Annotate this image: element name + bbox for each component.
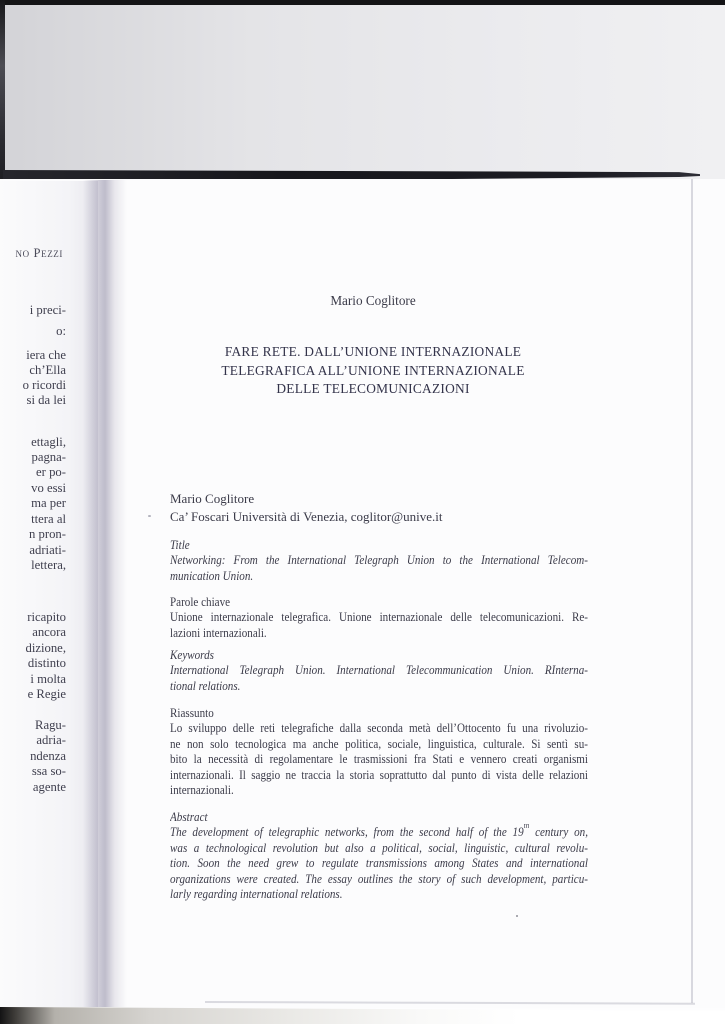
left-page-text-fragment: ch’Ella bbox=[0, 363, 66, 379]
author-name: Mario Coglitore bbox=[170, 490, 600, 508]
left-page-text-fragment: er po- bbox=[0, 465, 66, 481]
section-riassunto: Riassunto Lo sviluppo delle reti telegra… bbox=[170, 705, 588, 798]
text-line: larly regarding international relations. bbox=[170, 886, 588, 901]
left-page-text-fragment: i molta bbox=[0, 672, 66, 688]
left-page-text-fragment: ssa so- bbox=[0, 764, 66, 780]
text-line: tion. Soon the need grew to regulate tra… bbox=[170, 855, 588, 870]
left-page-text-fragment: o ricordi bbox=[0, 378, 66, 394]
left-page-text-fragment: ndenza bbox=[0, 749, 66, 765]
section-label: Abstract bbox=[170, 809, 588, 824]
text-line: ne non solo tecnologica ma anche politic… bbox=[170, 736, 588, 751]
section-abstract: Abstract The development of telegraphic … bbox=[170, 809, 588, 902]
left-page-text-fragment: adriati- bbox=[0, 543, 66, 559]
scanned-book-page: no Pezzi i preci- o: iera che ch’Ella o … bbox=[0, 0, 725, 1024]
section-keywords: Keywords International Telegraph Union. … bbox=[170, 647, 588, 693]
text-line: International Telegraph Union. Internati… bbox=[170, 662, 588, 677]
scan-speck bbox=[148, 515, 151, 517]
left-page-running-header: no Pezzi bbox=[0, 246, 63, 261]
left-page-text-fragment: agente bbox=[0, 780, 66, 796]
section-label: Parole chiave bbox=[170, 594, 588, 609]
left-page-text-fragment: distinto bbox=[0, 656, 66, 672]
title-line: TELEGRAFICA ALL’UNIONE INTERNAZIONALE bbox=[158, 362, 588, 381]
book-bottom-edge-shadow bbox=[0, 1007, 725, 1024]
scanner-top-edge bbox=[0, 0, 725, 5]
section-label: Riassunto bbox=[170, 705, 588, 720]
book-gutter-shadow bbox=[83, 180, 127, 1007]
left-page-text-fragment: pagna- bbox=[0, 450, 66, 466]
text-line: internazionali. bbox=[170, 782, 588, 797]
text-line: Unione internazionale telegrafica. Union… bbox=[170, 609, 588, 624]
left-page-text-fragment: ancora bbox=[0, 625, 66, 641]
ordinal-superscript: th bbox=[524, 824, 530, 829]
left-page-text-fragment: iera che bbox=[0, 348, 66, 364]
left-page-text-fragment: o: bbox=[0, 324, 66, 340]
text-line: bito la necessità di regolamentare le tr… bbox=[170, 751, 588, 766]
left-page-text-fragment: ettagli, bbox=[0, 435, 66, 451]
title-line: FARE RETE. DALL’UNIONE INTERNAZIONALE bbox=[158, 343, 588, 362]
left-page-text-fragment: ttera al bbox=[0, 512, 66, 528]
section-label: Keywords bbox=[170, 647, 588, 662]
section-title-en: Title Networking: From the International… bbox=[170, 537, 588, 583]
article-title: FARE RETE. DALL’UNIONE INTERNAZIONALE TE… bbox=[158, 343, 588, 399]
section-label: Title bbox=[170, 537, 588, 552]
text-line: tional relations. bbox=[170, 678, 588, 693]
text-line: The development of telegraphic networks,… bbox=[170, 824, 588, 839]
text-line: munication Union. bbox=[170, 568, 588, 583]
left-page-text-fragment: ricapito bbox=[0, 610, 66, 626]
text-line: organizations were created. The essay ou… bbox=[170, 871, 588, 886]
left-page-text-fragment: n pron- bbox=[0, 527, 66, 543]
left-page-text-fragment: si da lei bbox=[0, 393, 66, 409]
left-page-text-fragment: adria- bbox=[0, 733, 66, 749]
right-page-edge bbox=[691, 179, 693, 1003]
section-parole-chiave: Parole chiave Unione internazionale tele… bbox=[170, 594, 588, 640]
left-page-text-fragment: e Regie bbox=[0, 687, 66, 703]
text-line: lazioni internazionali. bbox=[170, 625, 588, 640]
left-page-text-fragment: ma per bbox=[0, 496, 66, 512]
left-page-text-fragment: vo essi bbox=[0, 481, 66, 497]
scanner-left-edge bbox=[0, 0, 5, 188]
text-segment: century on, bbox=[529, 824, 588, 839]
left-page-text-fragment: dizione, bbox=[0, 641, 66, 657]
text-line: Networking: From the International Teleg… bbox=[170, 552, 588, 567]
left-page-text-fragment: Ragu- bbox=[0, 718, 66, 734]
title-line: DELLE TELECOMUNICAZIONI bbox=[158, 380, 588, 399]
scan-speck bbox=[516, 915, 518, 917]
left-page-text-fragment: lettera, bbox=[0, 558, 66, 574]
text-line: internazionali. Il saggio ne traccia la … bbox=[170, 767, 588, 782]
text-segment: The development of telegraphic networks,… bbox=[170, 824, 524, 839]
author-affiliation: Ca’ Foscari Università di Venezia, cogli… bbox=[170, 508, 600, 526]
text-line: was a technological revolution but also … bbox=[170, 840, 588, 855]
scanner-background bbox=[0, 0, 725, 180]
article-byline: Mario Coglitore bbox=[160, 293, 586, 309]
text-line: Lo sviluppo delle reti telegrafiche dall… bbox=[170, 720, 588, 735]
left-page-text-fragment: i preci- bbox=[0, 303, 66, 319]
author-block: Mario Coglitore Ca’ Foscari Università d… bbox=[170, 490, 600, 526]
